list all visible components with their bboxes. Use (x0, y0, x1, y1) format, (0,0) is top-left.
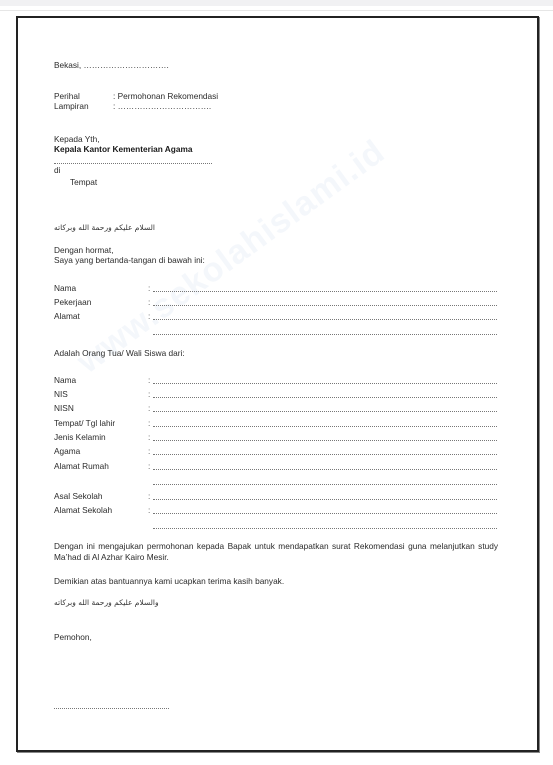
attachment-value: : ……………………………. (113, 101, 211, 111)
colon: : (148, 461, 150, 471)
colon: : (148, 297, 150, 307)
student-home-address-blank-2[interactable] (153, 483, 497, 485)
colon: : (148, 283, 150, 293)
attachment-label: Lampiran (54, 101, 89, 111)
school-address-blank-2[interactable] (153, 527, 497, 529)
place-date: Bekasi, …………………………. (54, 60, 169, 70)
parent-field-label: Nama (54, 283, 76, 293)
parent-address-blank-2[interactable] (153, 333, 497, 335)
student-field-label: Alamat Sekolah (54, 505, 112, 515)
recipient-name: Kepala Kantor Kementerian Agama (54, 144, 192, 154)
student-field-label: Agama (54, 446, 80, 456)
recipient-greeting: Kepada Yth, (54, 134, 100, 144)
student-field-label: NIS (54, 389, 68, 399)
signature-blank[interactable] (54, 707, 169, 709)
school-address-blank[interactable] (153, 512, 497, 514)
letter-page (16, 16, 539, 752)
parent-name-blank[interactable] (153, 290, 497, 292)
colon: : (148, 389, 150, 399)
colon: : (148, 311, 150, 321)
parent-field-label: Pekerjaan (54, 297, 91, 307)
closing-salam: والسلام عليكم ورحمة الله وبركاته (54, 598, 159, 608)
student-field-label: NISN (54, 403, 74, 413)
colon: : (148, 491, 150, 501)
colon: : (148, 375, 150, 385)
parent-occupation-blank[interactable] (153, 304, 497, 306)
colon: : (148, 432, 150, 442)
student-religion-blank[interactable] (153, 453, 497, 455)
subject-value: : Permohonan Rekomendasi (113, 91, 218, 101)
opening-salam: السلام عليكم ورحمة الله وبركاته (54, 223, 155, 233)
student-field-label: Nama (54, 375, 76, 385)
top-toolbar-strip (0, 0, 553, 6)
salutation: Dengan hormat, (54, 245, 114, 255)
student-gender-blank[interactable] (153, 439, 497, 441)
signoff: Pemohon, (54, 632, 92, 642)
top-divider (0, 10, 553, 11)
colon: : (148, 446, 150, 456)
student-field-label: Asal Sekolah (54, 491, 102, 501)
colon: : (148, 418, 150, 428)
closing-text: Demikian atas bantuannya kami ucapkan te… (54, 576, 284, 586)
student-nis-blank[interactable] (153, 396, 497, 398)
body-paragraph: Dengan ini mengajukan permohonan kepada … (54, 541, 498, 562)
school-origin-blank[interactable] (153, 498, 497, 500)
recipient-place: Tempat (70, 177, 97, 187)
recipient-address-blank (54, 162, 212, 164)
student-intro: Adalah Orang Tua/ Wali Siswa dari: (54, 348, 185, 358)
student-nisn-blank[interactable] (153, 410, 497, 412)
parent-field-label: Alamat (54, 311, 80, 321)
recipient-at: di (54, 165, 60, 175)
student-field-label: Alamat Rumah (54, 461, 109, 471)
parent-address-blank[interactable] (153, 318, 497, 320)
subject-label: Perihal (54, 91, 80, 101)
student-field-label: Tempat/ Tgl lahir (54, 418, 115, 428)
student-name-blank[interactable] (153, 382, 497, 384)
student-birth-blank[interactable] (153, 425, 497, 427)
student-field-label: Jenis Kelamin (54, 432, 106, 442)
student-home-address-blank[interactable] (153, 468, 497, 470)
colon: : (148, 403, 150, 413)
colon: : (148, 505, 150, 515)
intro: Saya yang bertanda-tangan di bawah ini: (54, 255, 205, 265)
